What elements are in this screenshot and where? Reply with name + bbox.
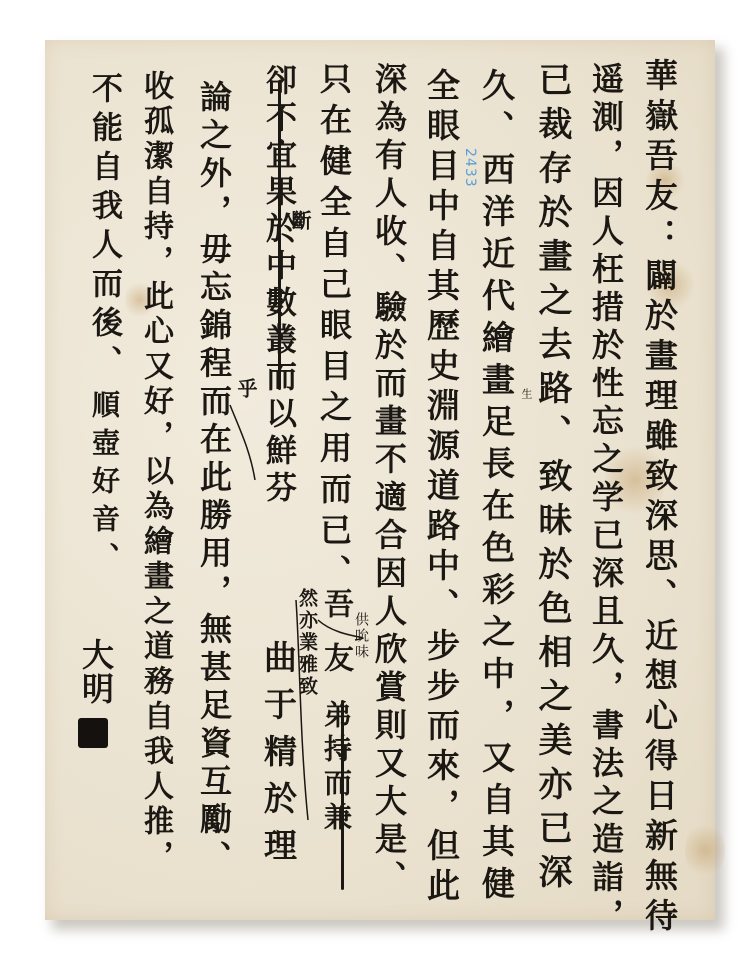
closing-greeting: 順壺好音、 [90,390,118,580]
strikethrough-line [341,700,344,890]
letter-column-9: 論之外，毋忘錦程而在此勝用，無甚足資互勵、 [198,80,230,878]
foxing-stain [685,820,725,880]
insertion-hu: 乎 [236,378,256,400]
letter-column-2: 遥測，因人枉措於性忘之学已深且久，書法之造詣， [590,62,622,936]
letter-column-7: 只在健全自己眼目之用而已、 [318,62,350,595]
signature: 大明 [80,638,112,706]
letter-column-8-fragment: 曲于精於理 [262,640,295,875]
letter-column-1: 華嶽吾友：闢於畫理雖致深思、近想心得日新無待 [643,58,676,938]
seal-stamp [78,718,108,748]
strikethrough-line [278,80,281,390]
letter-column-10: 收孤潔自持，此心又好，以為繪畫之道務自我人推， [140,70,170,875]
letter-column-4: 久、西洋近代繪畫足長在色彩之中，又自其健 [480,68,513,908]
letter-column-5: 全眼目中自其歷史淵源道路中、步步而來，但此 [425,68,458,908]
letter-column-7-fragment-tail: 弟持而兼 [322,700,350,836]
small-note: 生 [521,388,532,401]
letter-column-11: 不能自我人而後、 [88,72,119,384]
letter-column-7-fragment-friend: 吾友 [320,588,350,696]
letter-column-6: 深為有人收、驗於而畫不適合因人欣賞則又大是、 [373,62,405,898]
insertion-duan: 斷 [290,210,310,232]
letter-column-3: 已裁存於畫之去路、致昧於色相之美亦已深 [535,62,569,898]
margin-note-a: 然亦業雅致 [297,588,316,698]
catalog-number: 2433 [462,148,478,188]
margin-note-b: 供吮味 [354,612,368,660]
